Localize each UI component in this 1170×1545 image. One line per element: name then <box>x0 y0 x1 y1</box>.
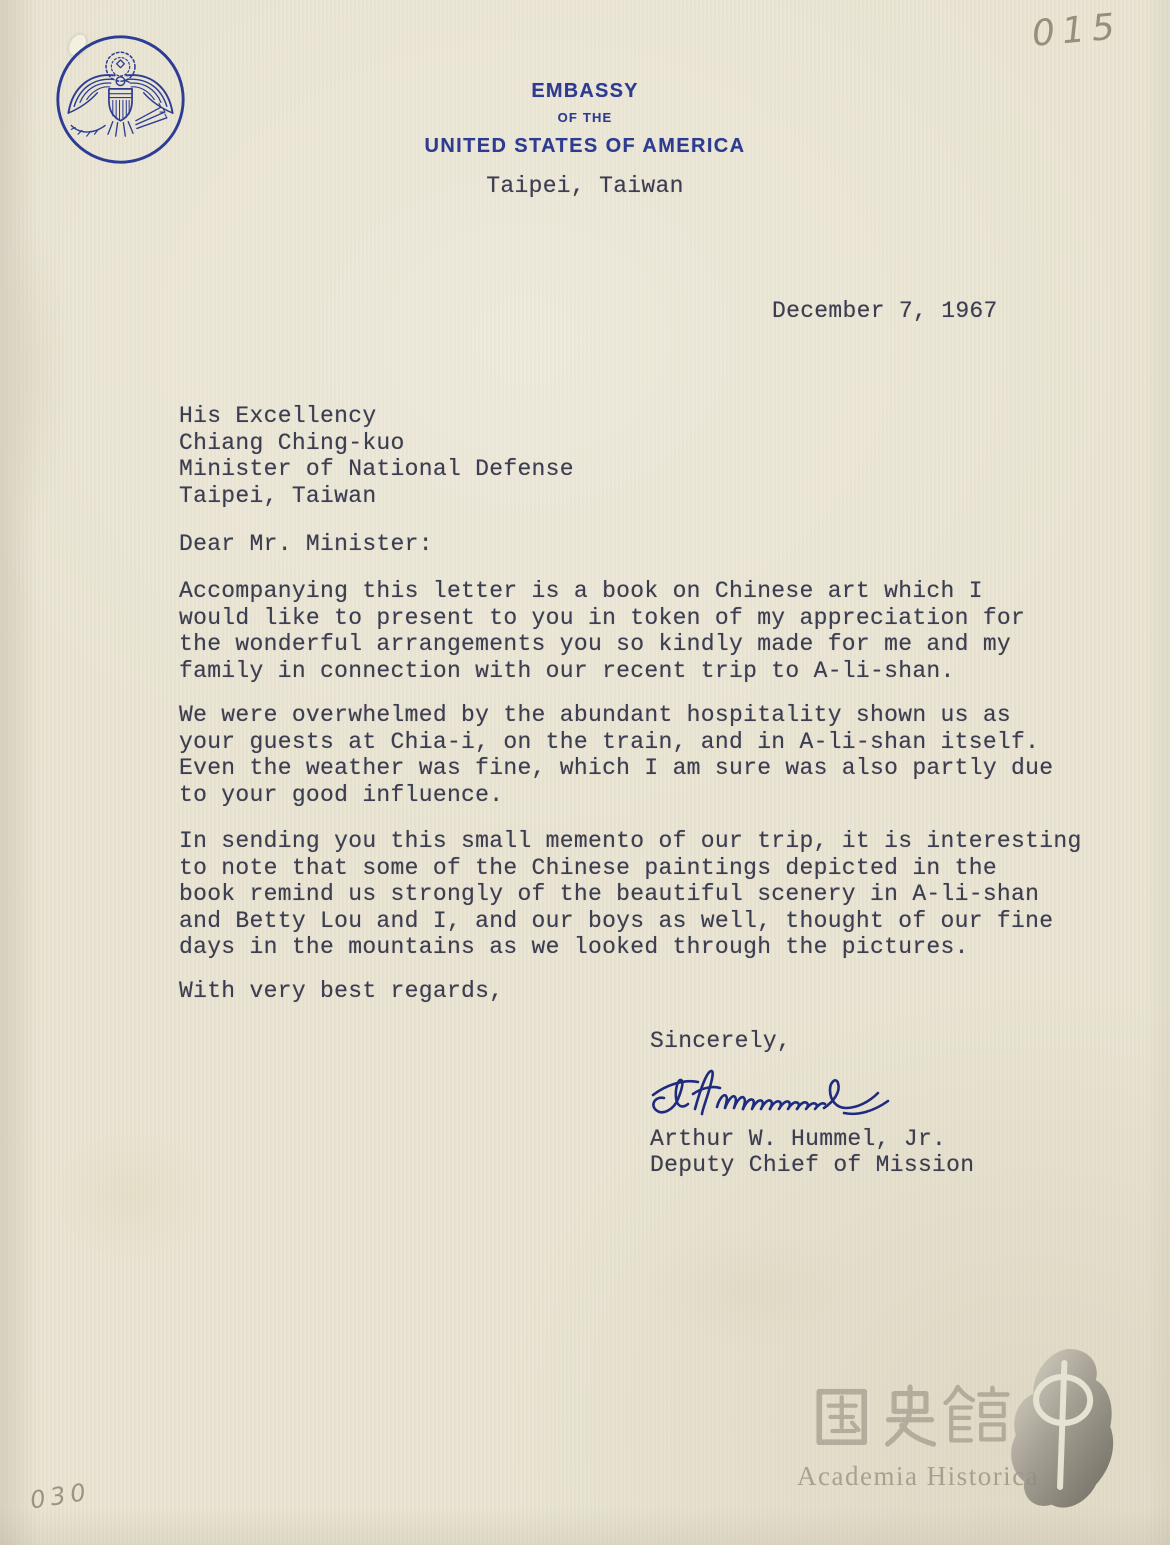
letterhead-line2: OF THE <box>0 110 1170 125</box>
body-paragraph-1: Accompanying this letter is a book on Ch… <box>179 578 1119 684</box>
valediction: Sincerely, <box>650 1028 791 1055</box>
letter-date: December 7, 1967 <box>772 298 998 325</box>
body-paragraph-2: We were overwhelmed by the abundant hosp… <box>179 702 1119 808</box>
salutation: Dear Mr. Minister: <box>179 531 433 558</box>
letterhead-city: Taipei, Taiwan <box>0 173 1170 200</box>
signer-name: Arthur W. Hummel, Jr. <box>650 1126 946 1153</box>
academia-historica-cjk-watermark <box>808 1380 1014 1457</box>
letterhead-line1: EMBASSY <box>0 80 1170 103</box>
archive-code-top-right: 015 <box>1030 6 1123 55</box>
paper-stain <box>640 1230 860 1350</box>
recipient-address: His Excellency Chiang Ching-kuo Minister… <box>179 403 574 509</box>
handwritten-signature <box>648 1056 900 1129</box>
closing-line: With very best regards, <box>179 978 503 1005</box>
signer-title: Deputy Chief of Mission <box>650 1152 974 1179</box>
letterhead-line3: UNITED STATES OF AMERICA <box>0 135 1170 158</box>
scanned-letter-page: EMBASSY OF THE UNITED STATES OF AMERICA … <box>0 0 1170 1545</box>
body-paragraph-3: In sending you this small memento of our… <box>179 828 1119 961</box>
paper-stain <box>0 210 70 530</box>
archive-code-bottom-left: 030 <box>28 1477 92 1514</box>
paper-stain <box>55 1130 205 1260</box>
ink-splash-watermark-icon <box>999 1343 1125 1520</box>
letterhead: EMBASSY OF THE UNITED STATES OF AMERICA … <box>0 80 1170 200</box>
